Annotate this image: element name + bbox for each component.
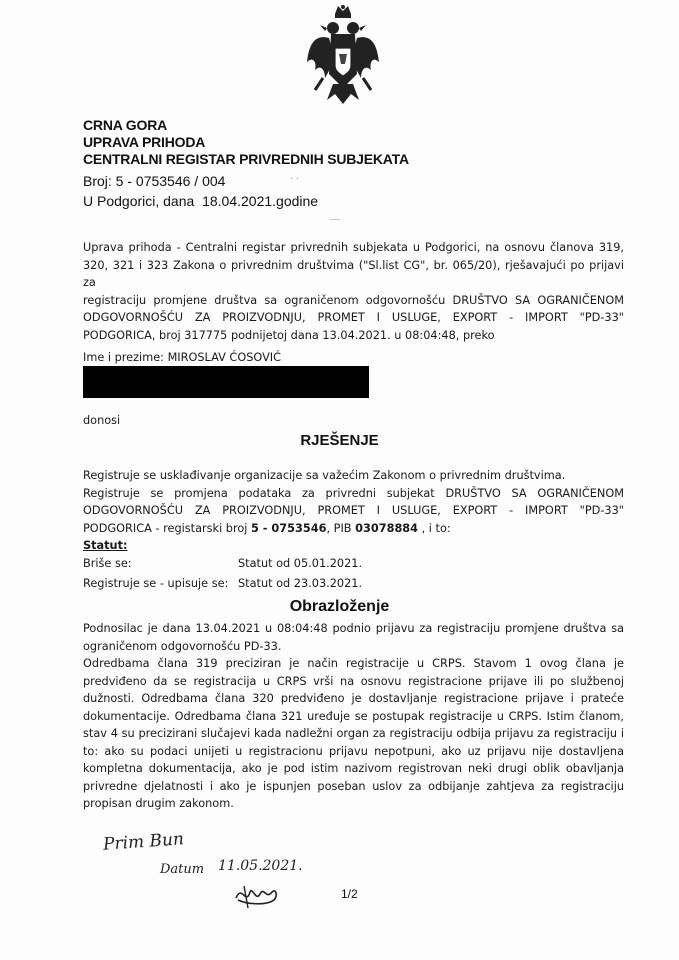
statut-label: Statut: [83,537,624,555]
intro-line: registraciju promjene društva sa ogranič… [83,292,624,310]
page-number: 1/2 [341,887,358,901]
handwritten-date: 11.05.2021. [218,858,303,874]
statut-row-delete: Briše se: Statut od 05.01.2021. [83,555,624,573]
donosi-text: donosi [83,412,120,430]
reasoning-body: Podnosilac je dana 13.04.2021 u 08:04:48… [83,620,624,813]
signature-icon [232,880,280,915]
reasoning-line: kompletna dokumentacija, ako je pod isti… [83,760,624,778]
handwritten-date-label: Datum [160,862,204,877]
reasoning-line: stav 4 su precizirani slučajevi kada nad… [83,725,624,743]
reasoning-line: privredne djelatnosti i ako je ispunjen … [83,778,624,796]
reasoning-line: dužnosti. Odredbama člana 320 predviđeno… [83,690,624,708]
decision-title: RJEŠENJE [0,432,679,449]
redaction-bar [83,366,369,398]
decision-line: Registruje se promjena podataka za privr… [83,485,624,503]
reasoning-line: propisan drugim zakonom. [83,795,624,813]
applicant-line: Ime i prezime: MIROSLAV ĆOSOVIĆ [83,349,281,367]
handwritten-note: Prim Bun [102,829,184,855]
statut-row-register: Registruje se - upisuje se: Statut od 23… [83,575,624,593]
decision-line-registration: PODGORICA - registarski broj 5 - 0753546… [83,520,624,538]
intro-line: 320, 321 i 323 Zakona o privrednim društ… [83,257,624,292]
statut-row-value: Statut od 05.01.2021. [238,555,362,573]
reasoning-title: Obrazloženje [0,598,679,616]
decision-body: Registruje se usklađivanje organizacije … [83,467,624,593]
document-date: 18.04.2021.godine [202,193,318,209]
statut-row-value: Statut od 23.03.2021. [238,575,362,593]
intro-line: PODGORICA, broj 317775 podnijetoj dana 1… [83,327,624,345]
place-date: U Podgorici, dana 18.04.2021.godine [83,193,318,210]
document-page: CRNA GORA UPRAVA PRIHODA CENTRALNI REGIS… [0,0,679,960]
decision-line: ODGOVORNOŠĆU ZA PROIZVODNJU, PROMET I US… [83,502,624,520]
statut-row-label: Briše se: [83,557,132,570]
registration-prefix: PODGORICA - registarski broj [83,522,251,535]
reasoning-line: Podnosilac je dana 13.04.2021 u 08:04:48… [83,620,624,638]
reasoning-line: predviđeno da se registracija u CRPS vrš… [83,673,624,691]
decision-line: Registruje se usklađivanje organizacije … [83,467,624,485]
intro-line: Uprava prihoda - Centralni registar priv… [83,239,624,257]
intro-paragraph: Uprava prihoda - Centralni registar priv… [83,239,624,344]
applicant-label: Ime i prezime: [83,351,164,364]
header-authority: UPRAVA PRIHODA [83,134,205,151]
reasoning-line: Odredbama člana 319 preciziran je način … [83,655,624,673]
pib-number: 03078884 [355,522,418,535]
document-number: Broj: 5 - 0753546 / 004 [83,173,225,190]
header-registry: CENTRALNI REGISTAR PRIVREDNIH SUBJEKATA [83,151,409,168]
statut-row-label: Registruje se - upisuje se: [83,577,228,590]
applicant-name: MIROSLAV ĆOSOVIĆ [168,351,281,364]
coat-of-arms-icon [305,4,381,110]
pib-prefix: , PIB [326,522,355,535]
scan-speck: · · [290,174,299,185]
scan-speck: — [330,214,340,225]
reasoning-line: ograničenom odgovornošću PD-33. [83,638,624,656]
reasoning-line: to: ako su podaci unijeti u registracion… [83,743,624,761]
intro-line: ODGOVORNOŠĆU ZA PROIZVODNJU, PROMET I US… [83,309,624,327]
place-date-prefix: U Podgorici, dana [83,193,194,209]
registration-suffix: , i to: [418,522,451,535]
registration-number: 5 - 0753546 [251,522,326,535]
header-country: CRNA GORA [83,117,167,134]
reasoning-line: dokumentacije. Odredbama člana 321 uređu… [83,708,624,726]
